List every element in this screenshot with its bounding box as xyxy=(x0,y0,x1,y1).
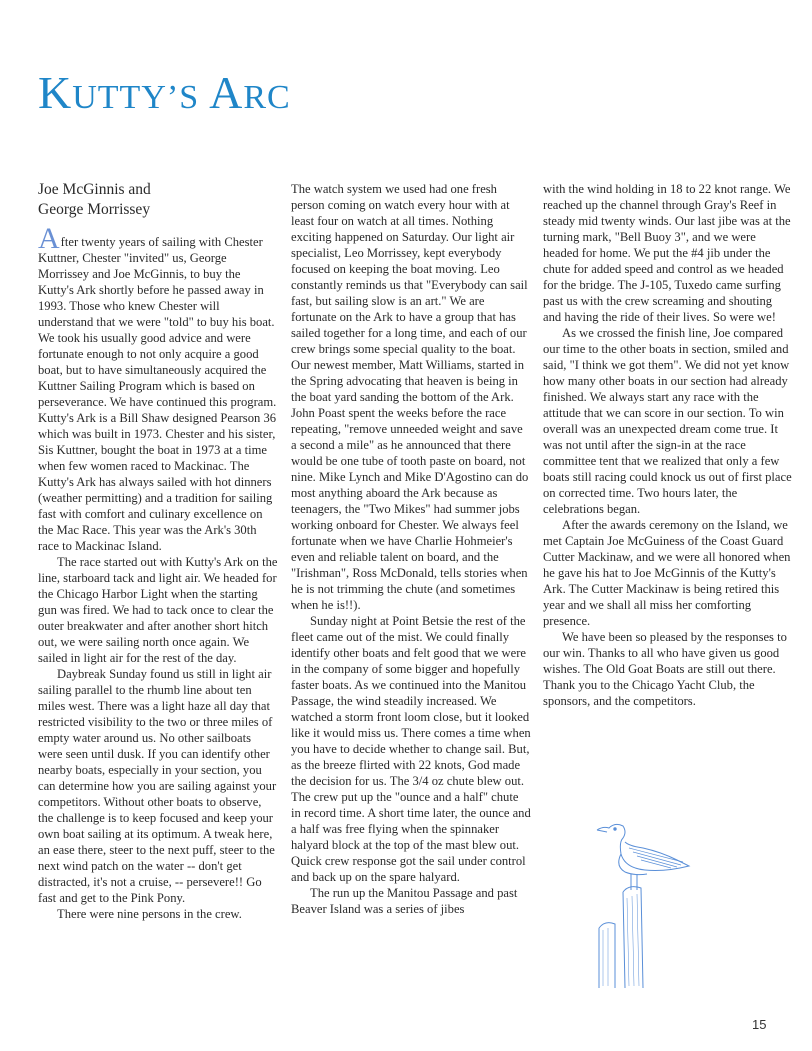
paragraph: After twenty years of sailing with Chest… xyxy=(38,229,278,554)
column-3: with the wind holding in 18 to 22 knot r… xyxy=(543,181,793,709)
page-number: 15 xyxy=(752,1017,766,1032)
paragraph-text: fter twenty years of sailing with Cheste… xyxy=(38,235,276,553)
seagull-illustration-icon xyxy=(585,818,705,988)
paragraph: Sunday night at Point Betsie the rest of… xyxy=(291,613,531,885)
paragraph: Daybreak Sunday found us still in light … xyxy=(38,666,278,906)
paragraph: We have been so pleased by the responses… xyxy=(543,629,793,709)
title-smallcaps-2: RC xyxy=(243,79,290,116)
byline-line-2: George Morrissey xyxy=(38,200,278,220)
title-space xyxy=(199,67,209,118)
paragraph: There were nine persons in the crew. xyxy=(38,906,278,922)
paragraph: with the wind holding in 18 to 22 knot r… xyxy=(543,181,793,325)
paragraph: As we crossed the finish line, Joe compa… xyxy=(543,325,793,517)
paragraph: The race started out with Kutty's Ark on… xyxy=(38,554,278,666)
title-initial-a: A xyxy=(209,67,243,118)
column-1: Joe McGinnis and George Morrissey After … xyxy=(38,180,278,922)
byline: Joe McGinnis and George Morrissey xyxy=(38,180,278,220)
title-initial-k: K xyxy=(38,67,72,118)
paragraph: After the awards ceremony on the Island,… xyxy=(543,517,793,629)
column-2: The watch system we used had one fresh p… xyxy=(291,181,531,917)
title-smallcaps-s: S xyxy=(179,79,199,116)
article-title: KUTTY’S ARC xyxy=(38,70,291,116)
magazine-page: KUTTY’S ARC Joe McGinnis and George Morr… xyxy=(0,0,812,1051)
byline-line-1: Joe McGinnis and xyxy=(38,180,278,200)
paragraph: The run up the Manitou Passage and past … xyxy=(291,885,531,917)
paragraph: The watch system we used had one fresh p… xyxy=(291,181,531,613)
title-smallcaps-1: UTTY xyxy=(72,79,167,116)
title-apostrophe: ’ xyxy=(167,79,179,116)
